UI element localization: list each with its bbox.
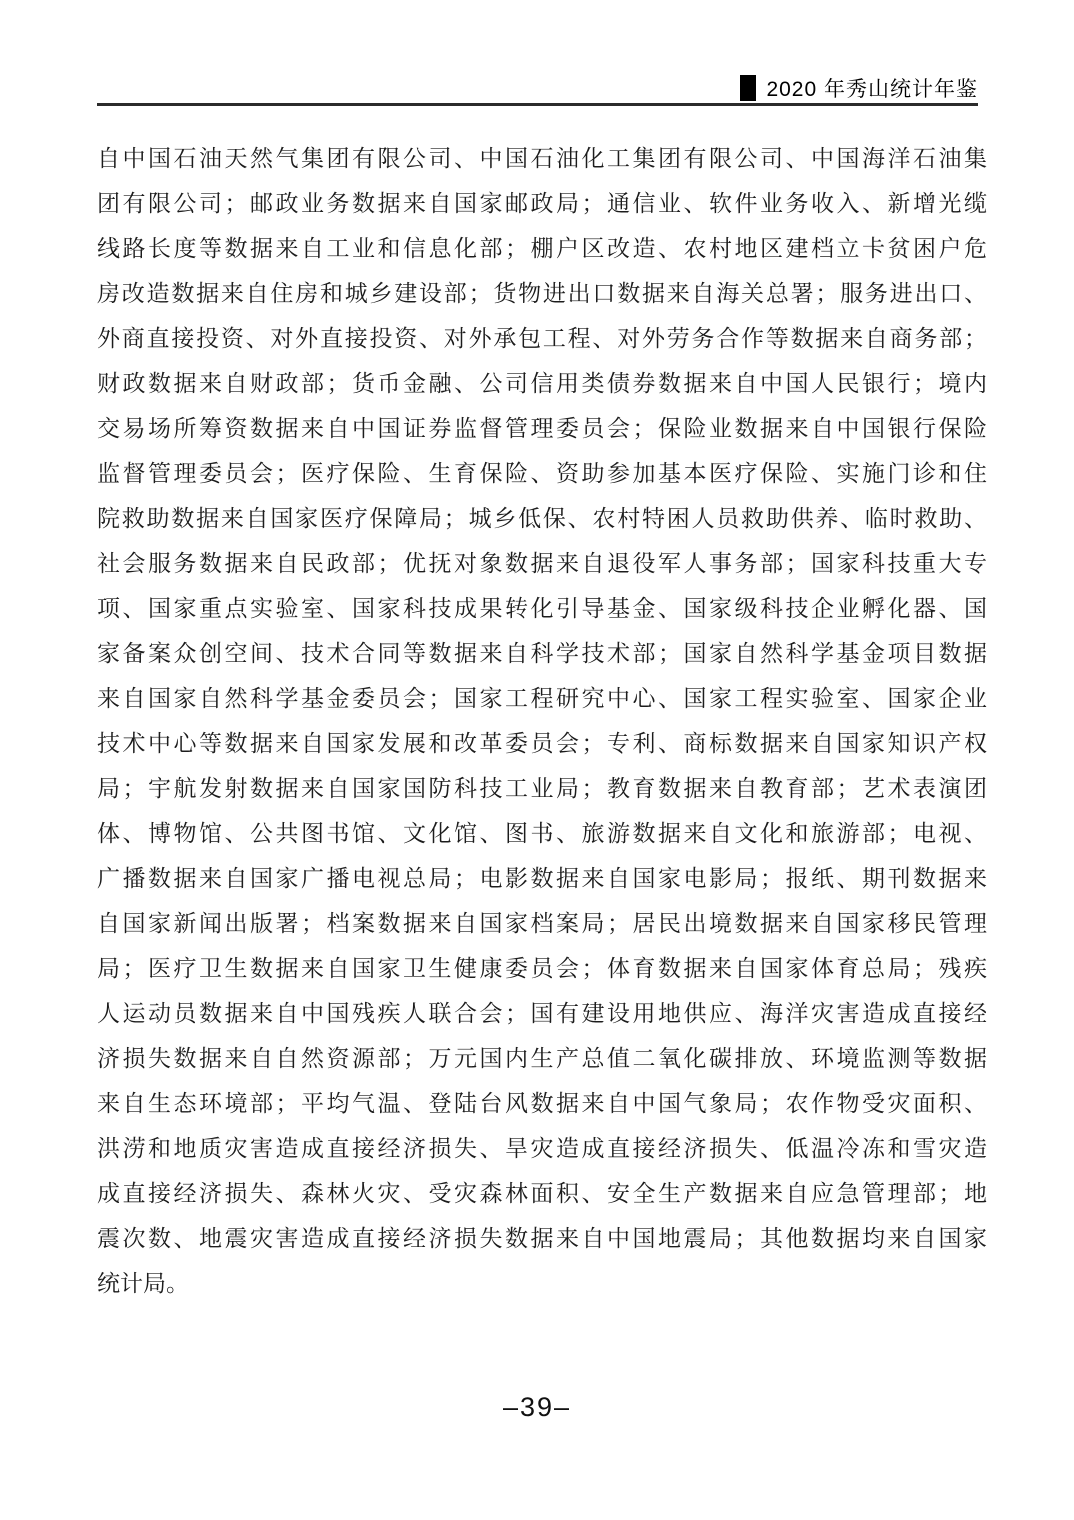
yearbook-title: 2020 年秀山统计年鉴	[766, 73, 978, 103]
yearbook-page: 2020 年秀山统计年鉴 自中国石油天然气集团有限公司、中国石油化工集团有限公司…	[0, 0, 1074, 1520]
paragraph-line: 技术中心等数据来自国家发展和改革委员会；专利、商标数据来自国家知识产权	[97, 721, 987, 766]
paragraph-line: 院救助数据来自国家医疗保障局；城乡低保、农村特困人员救助供养、临时救助、	[97, 496, 987, 541]
paragraph-line: 团有限公司；邮政业务数据来自国家邮政局；通信业、软件业务收入、新增光缆	[97, 181, 987, 226]
paragraph-line: 财政数据来自财政部；货币金融、公司信用类债券数据来自中国人民银行；境内	[97, 361, 987, 406]
paragraph-line: 自国家新闻出版署；档案数据来自国家档案局；居民出境数据来自国家移民管理	[97, 901, 987, 946]
header-marker-block-icon	[740, 75, 756, 101]
header-divider	[97, 103, 978, 106]
paragraph-line: 来自国家自然科学基金委员会；国家工程研究中心、国家工程实验室、国家企业	[97, 676, 987, 721]
paragraph-line: 局；宇航发射数据来自国家国防科技工业局；教育数据来自教育部；艺术表演团	[97, 766, 987, 811]
paragraph-line: 广播数据来自国家广播电视总局；电影数据来自国家电影局；报纸、期刊数据来	[97, 856, 987, 901]
page-header: 2020 年秀山统计年鉴	[740, 73, 978, 103]
page-number: –39–	[503, 1392, 571, 1422]
paragraph-line: 家备案众创空间、技术合同等数据来自科学技术部；国家自然科学基金项目数据	[97, 631, 987, 676]
paragraph-line: 成直接经济损失、森林火灾、受灾森林面积、安全生产数据来自应急管理部；地	[97, 1171, 987, 1216]
paragraph-line: 外商直接投资、对外直接投资、对外承包工程、对外劳务合作等数据来自商务部；	[97, 316, 987, 361]
paragraph-line: 房改造数据来自住房和城乡建设部；货物进出口数据来自海关总署；服务进出口、	[97, 271, 987, 316]
paragraph-line: 体、博物馆、公共图书馆、文化馆、图书、旅游数据来自文化和旅游部；电视、	[97, 811, 987, 856]
paragraph-line: 自中国石油天然气集团有限公司、中国石油化工集团有限公司、中国海洋石油集	[97, 136, 987, 181]
paragraph-line: 交易场所筹资数据来自中国证券监督管理委员会；保险业数据来自中国银行保险	[97, 406, 987, 451]
paragraph-line: 人运动员数据来自中国残疾人联合会；国有建设用地供应、海洋灾害造成直接经	[97, 991, 987, 1036]
paragraph-line: 项、国家重点实验室、国家科技成果转化引导基金、国家级科技企业孵化器、国	[97, 586, 987, 631]
paragraph-line: 统计局。	[97, 1261, 987, 1306]
paragraph-line: 线路长度等数据来自工业和信息化部；棚户区改造、农村地区建档立卡贫困户危	[97, 226, 987, 271]
paragraph-line: 来自生态环境部；平均气温、登陆台风数据来自中国气象局；农作物受灾面积、	[97, 1081, 987, 1126]
paragraph-line: 震次数、地震灾害造成直接经济损失数据来自中国地震局；其他数据均来自国家	[97, 1216, 987, 1261]
page-footer: –39–	[0, 1392, 1074, 1423]
data-sources-paragraph: 自中国石油天然气集团有限公司、中国石油化工集团有限公司、中国海洋石油集团有限公司…	[97, 136, 987, 1306]
paragraph-line: 社会服务数据来自民政部；优抚对象数据来自退役军人事务部；国家科技重大专	[97, 541, 987, 586]
paragraph-line: 监督管理委员会；医疗保险、生育保险、资助参加基本医疗保险、实施门诊和住	[97, 451, 987, 496]
paragraph-line: 洪涝和地质灾害造成直接经济损失、旱灾造成直接经济损失、低温冷冻和雪灾造	[97, 1126, 987, 1171]
paragraph-line: 济损失数据来自自然资源部；万元国内生产总值二氧化碳排放、环境监测等数据	[97, 1036, 987, 1081]
paragraph-line: 局；医疗卫生数据来自国家卫生健康委员会；体育数据来自国家体育总局；残疾	[97, 946, 987, 991]
